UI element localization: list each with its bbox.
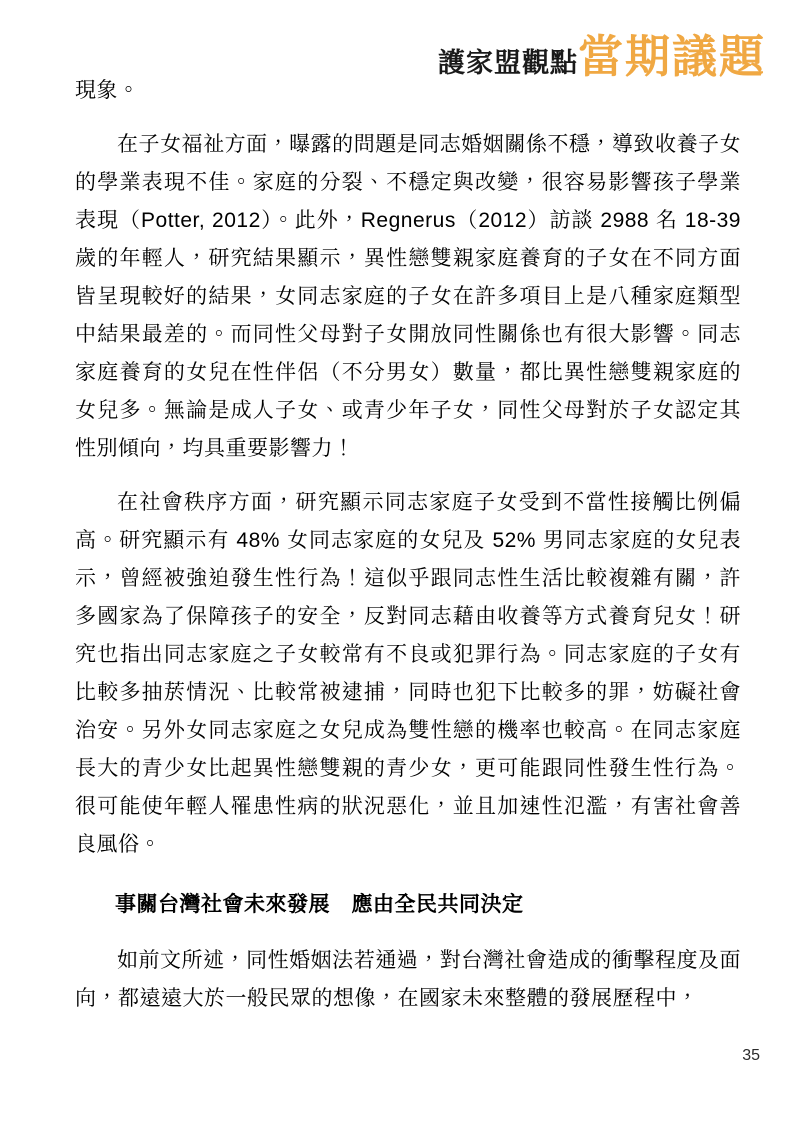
document-page: 護家盟觀點 當期議題 現象。 在子女福祉方面，曝露的問題是同志婚姻關係不穩，導致… bbox=[0, 0, 794, 1123]
section-heading: 事關台灣社會未來發展 應由全民共同決定 bbox=[115, 886, 741, 924]
document-body: 現象。 在子女福祉方面，曝露的問題是同志婚姻關係不穩，導致收養子女的學業表現不佳… bbox=[75, 72, 741, 1034]
page-number: 35 bbox=[742, 1047, 760, 1065]
paragraph-conclusion-intro: 如前文所述，同性婚姻法若通過，對台灣社會造成的衝擊程度及面向，都遠遠大於一般民眾… bbox=[75, 942, 741, 1018]
paragraph-child-welfare: 在子女福祉方面，曝露的問題是同志婚姻關係不穩，導致收養子女的學業表現不佳。家庭的… bbox=[75, 126, 741, 468]
paragraph-social-order: 在社會秩序方面，研究顯示同志家庭子女受到不當性接觸比例偏高。研究顯示有 48% … bbox=[75, 484, 741, 864]
paragraph-continuation: 現象。 bbox=[75, 72, 741, 110]
